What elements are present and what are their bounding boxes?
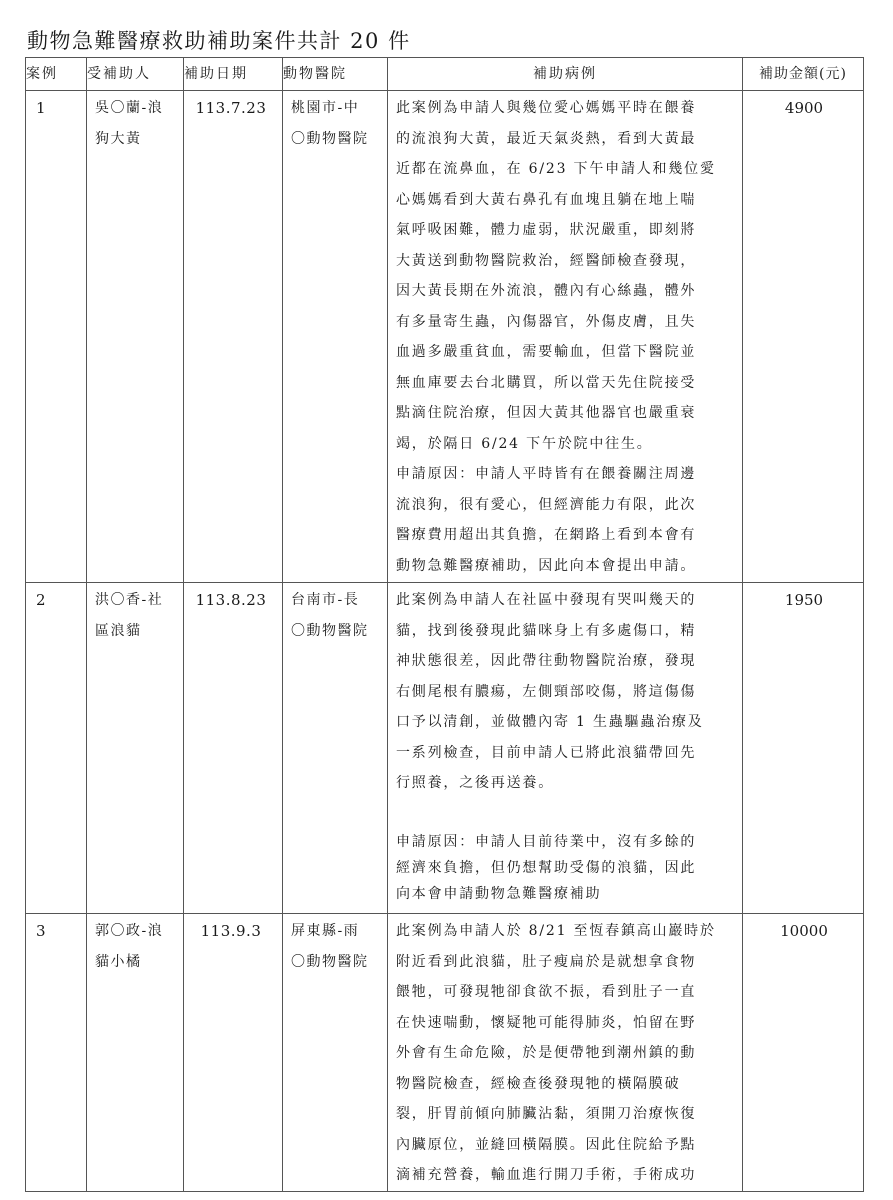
- description-cell: 此案例為申請人在社區中發現有哭叫幾天的 貓，找到後發現此貓咪身上有多處傷口，精 …: [388, 583, 743, 914]
- description-line: 神狀態很差，因此帶往動物醫院治療，發現: [396, 646, 736, 677]
- description-line: 醫療費用超出其負擔，在網路上看到本會有: [396, 520, 736, 551]
- header-case-no: 案例: [26, 58, 87, 91]
- description-line: 內臟原位，並縫回橫隔膜。因此住院給予點: [396, 1130, 736, 1161]
- recipient-cell: 吳〇蘭-浪 狗大黃: [87, 91, 184, 583]
- description-line: 外會有生命危險，於是便帶牠到潮州鎮的動: [396, 1038, 736, 1069]
- case-number-cell: 3: [26, 914, 87, 1192]
- description-line: 經濟來負擔，但仍想幫助受傷的浪貓，因此: [396, 855, 736, 881]
- header-description: 補助病例: [388, 58, 743, 91]
- description-line: 大黃送到動物醫院救治，經醫師檢查發現，: [396, 246, 736, 277]
- description-line: 附近看到此浪貓，肚子瘦扁於是就想拿食物: [396, 947, 736, 978]
- hospital-cell: 屏東縣-雨 〇動物醫院: [283, 914, 388, 1192]
- date-cell: 113.7.23: [184, 91, 283, 583]
- description-line: 有多量寄生蟲，內傷器官，外傷皮膚，且失: [396, 307, 736, 338]
- table-row: 3 郭〇政-浪 貓小橘 113.9.3 屏東縣-雨 〇動物醫院 此案例為申請人於…: [26, 914, 864, 1192]
- hospital-cell: 台南市-長 〇動物醫院: [283, 583, 388, 914]
- table-row: 1 吳〇蘭-浪 狗大黃 113.7.23 桃園市-中 〇動物醫院 此案例為申請人…: [26, 91, 864, 583]
- recipient-cell: 郭〇政-浪 貓小橘: [87, 914, 184, 1192]
- recipient-line: 洪〇香-社: [95, 585, 177, 616]
- description-line: 物醫院檢查，經檢查後發現牠的橫隔膜破: [396, 1069, 736, 1100]
- description-line: 口予以清創，並做體內寄 1 生蟲驅蟲治療及: [396, 707, 736, 738]
- subsidy-cases-table: 案例 受補助人 補助日期 動物醫院 補助病例 補助金額(元) 1 吳〇蘭-浪 狗…: [25, 57, 864, 1192]
- recipient-line: 區浪貓: [95, 616, 177, 647]
- description-cell: 此案例為申請人於 8/21 至恆春鎮高山巖時於 附近看到此浪貓，肚子瘦扁於是就想…: [388, 914, 743, 1192]
- hospital-line: 〇動物醫院: [291, 616, 381, 647]
- description-line: 在快速喘動，懷疑牠可能得肺炎，怕留在野: [396, 1008, 736, 1039]
- description-cell: 此案例為申請人與幾位愛心媽媽平時在餵養 的流浪狗大黃，最近天氣炎熱，看到大黃最 …: [388, 91, 743, 583]
- description-line: 裂，肝胃前傾向肺臟沾黏，須開刀治療恢復: [396, 1099, 736, 1130]
- recipient-line: 郭〇政-浪: [95, 916, 177, 947]
- description-line: 動物急難醫療補助，因此向本會提出申請。: [396, 551, 736, 582]
- description-line: 申請原因：申請人目前待業中，沒有多餘的: [396, 829, 736, 855]
- description-line: 近都在流鼻血，在 6/23 下午申請人和幾位愛: [396, 154, 736, 185]
- description-line: 此案例為申請人與幾位愛心媽媽平時在餵養: [396, 93, 736, 124]
- recipient-line: 貓小橘: [95, 947, 177, 978]
- description-line: 滴補充營養，輸血進行開刀手術，手術成功: [396, 1160, 736, 1191]
- hospital-line: 〇動物醫院: [291, 124, 381, 155]
- date-cell: 113.9.3: [184, 914, 283, 1192]
- document-title: 動物急難醫療救助補助案件共計 20 件: [27, 28, 411, 54]
- description-line: 心媽媽看到大黃右鼻孔有血塊且躺在地上喘: [396, 185, 736, 216]
- amount-cell: 1950: [743, 583, 864, 914]
- case-number-cell: 1: [26, 91, 87, 583]
- case-number-cell: 2: [26, 583, 87, 914]
- header-hospital: 動物醫院: [283, 58, 388, 91]
- description-line: 流浪狗，很有愛心，但經濟能力有限，此次: [396, 490, 736, 521]
- description-line: 貓，找到後發現此貓咪身上有多處傷口，精: [396, 616, 736, 647]
- hospital-line: 〇動物醫院: [291, 947, 381, 978]
- description-line: 申請原因：申請人平時皆有在餵養關注周邊: [396, 459, 736, 490]
- amount-cell: 10000: [743, 914, 864, 1192]
- header-date: 補助日期: [184, 58, 283, 91]
- amount-cell: 4900: [743, 91, 864, 583]
- description-line: 氣呼吸困難，體力虛弱，狀況嚴重，即刻將: [396, 215, 736, 246]
- description-line: 血過多嚴重貧血，需要輸血，但當下醫院並: [396, 337, 736, 368]
- hospital-cell: 桃園市-中 〇動物醫院: [283, 91, 388, 583]
- table-header-row: 案例 受補助人 補助日期 動物醫院 補助病例 補助金額(元): [26, 58, 864, 91]
- description-line: 此案例為申請人在社區中發現有哭叫幾天的: [396, 585, 736, 616]
- hospital-line: 台南市-長: [291, 585, 381, 616]
- recipient-line: 狗大黃: [95, 124, 177, 155]
- description-line: 右側尾根有膿瘍，左側頸部咬傷，將這傷傷: [396, 677, 736, 708]
- header-recipient: 受補助人: [87, 58, 184, 91]
- description-line: 因大黃長期在外流浪，體內有心絲蟲，體外: [396, 276, 736, 307]
- description-line: [396, 799, 736, 830]
- description-line: 向本會申請動物急難醫療補助: [396, 881, 736, 907]
- header-amount: 補助金額(元): [743, 58, 864, 91]
- hospital-line: 屏東縣-雨: [291, 916, 381, 947]
- description-line: 餵牠，可發現牠卻食欲不振，看到肚子一直: [396, 977, 736, 1008]
- table-row: 2 洪〇香-社 區浪貓 113.8.23 台南市-長 〇動物醫院 此案例為申請人…: [26, 583, 864, 914]
- description-line: 的流浪狗大黃，最近天氣炎熱，看到大黃最: [396, 124, 736, 155]
- recipient-line: 吳〇蘭-浪: [95, 93, 177, 124]
- description-line: 此案例為申請人於 8/21 至恆春鎮高山巖時於: [396, 916, 736, 947]
- date-cell: 113.8.23: [184, 583, 283, 914]
- description-line: 無血庫要去台北購買，所以當天先住院接受: [396, 368, 736, 399]
- description-line: 一系列檢查，目前申請人已將此浪貓帶回先: [396, 738, 736, 769]
- description-line: 行照養，之後再送養。: [396, 768, 736, 799]
- hospital-line: 桃園市-中: [291, 93, 381, 124]
- description-line: 點滴住院治療，但因大黃其他器官也嚴重衰: [396, 398, 736, 429]
- recipient-cell: 洪〇香-社 區浪貓: [87, 583, 184, 914]
- description-line: 竭，於隔日 6/24 下午於院中往生。: [396, 429, 736, 460]
